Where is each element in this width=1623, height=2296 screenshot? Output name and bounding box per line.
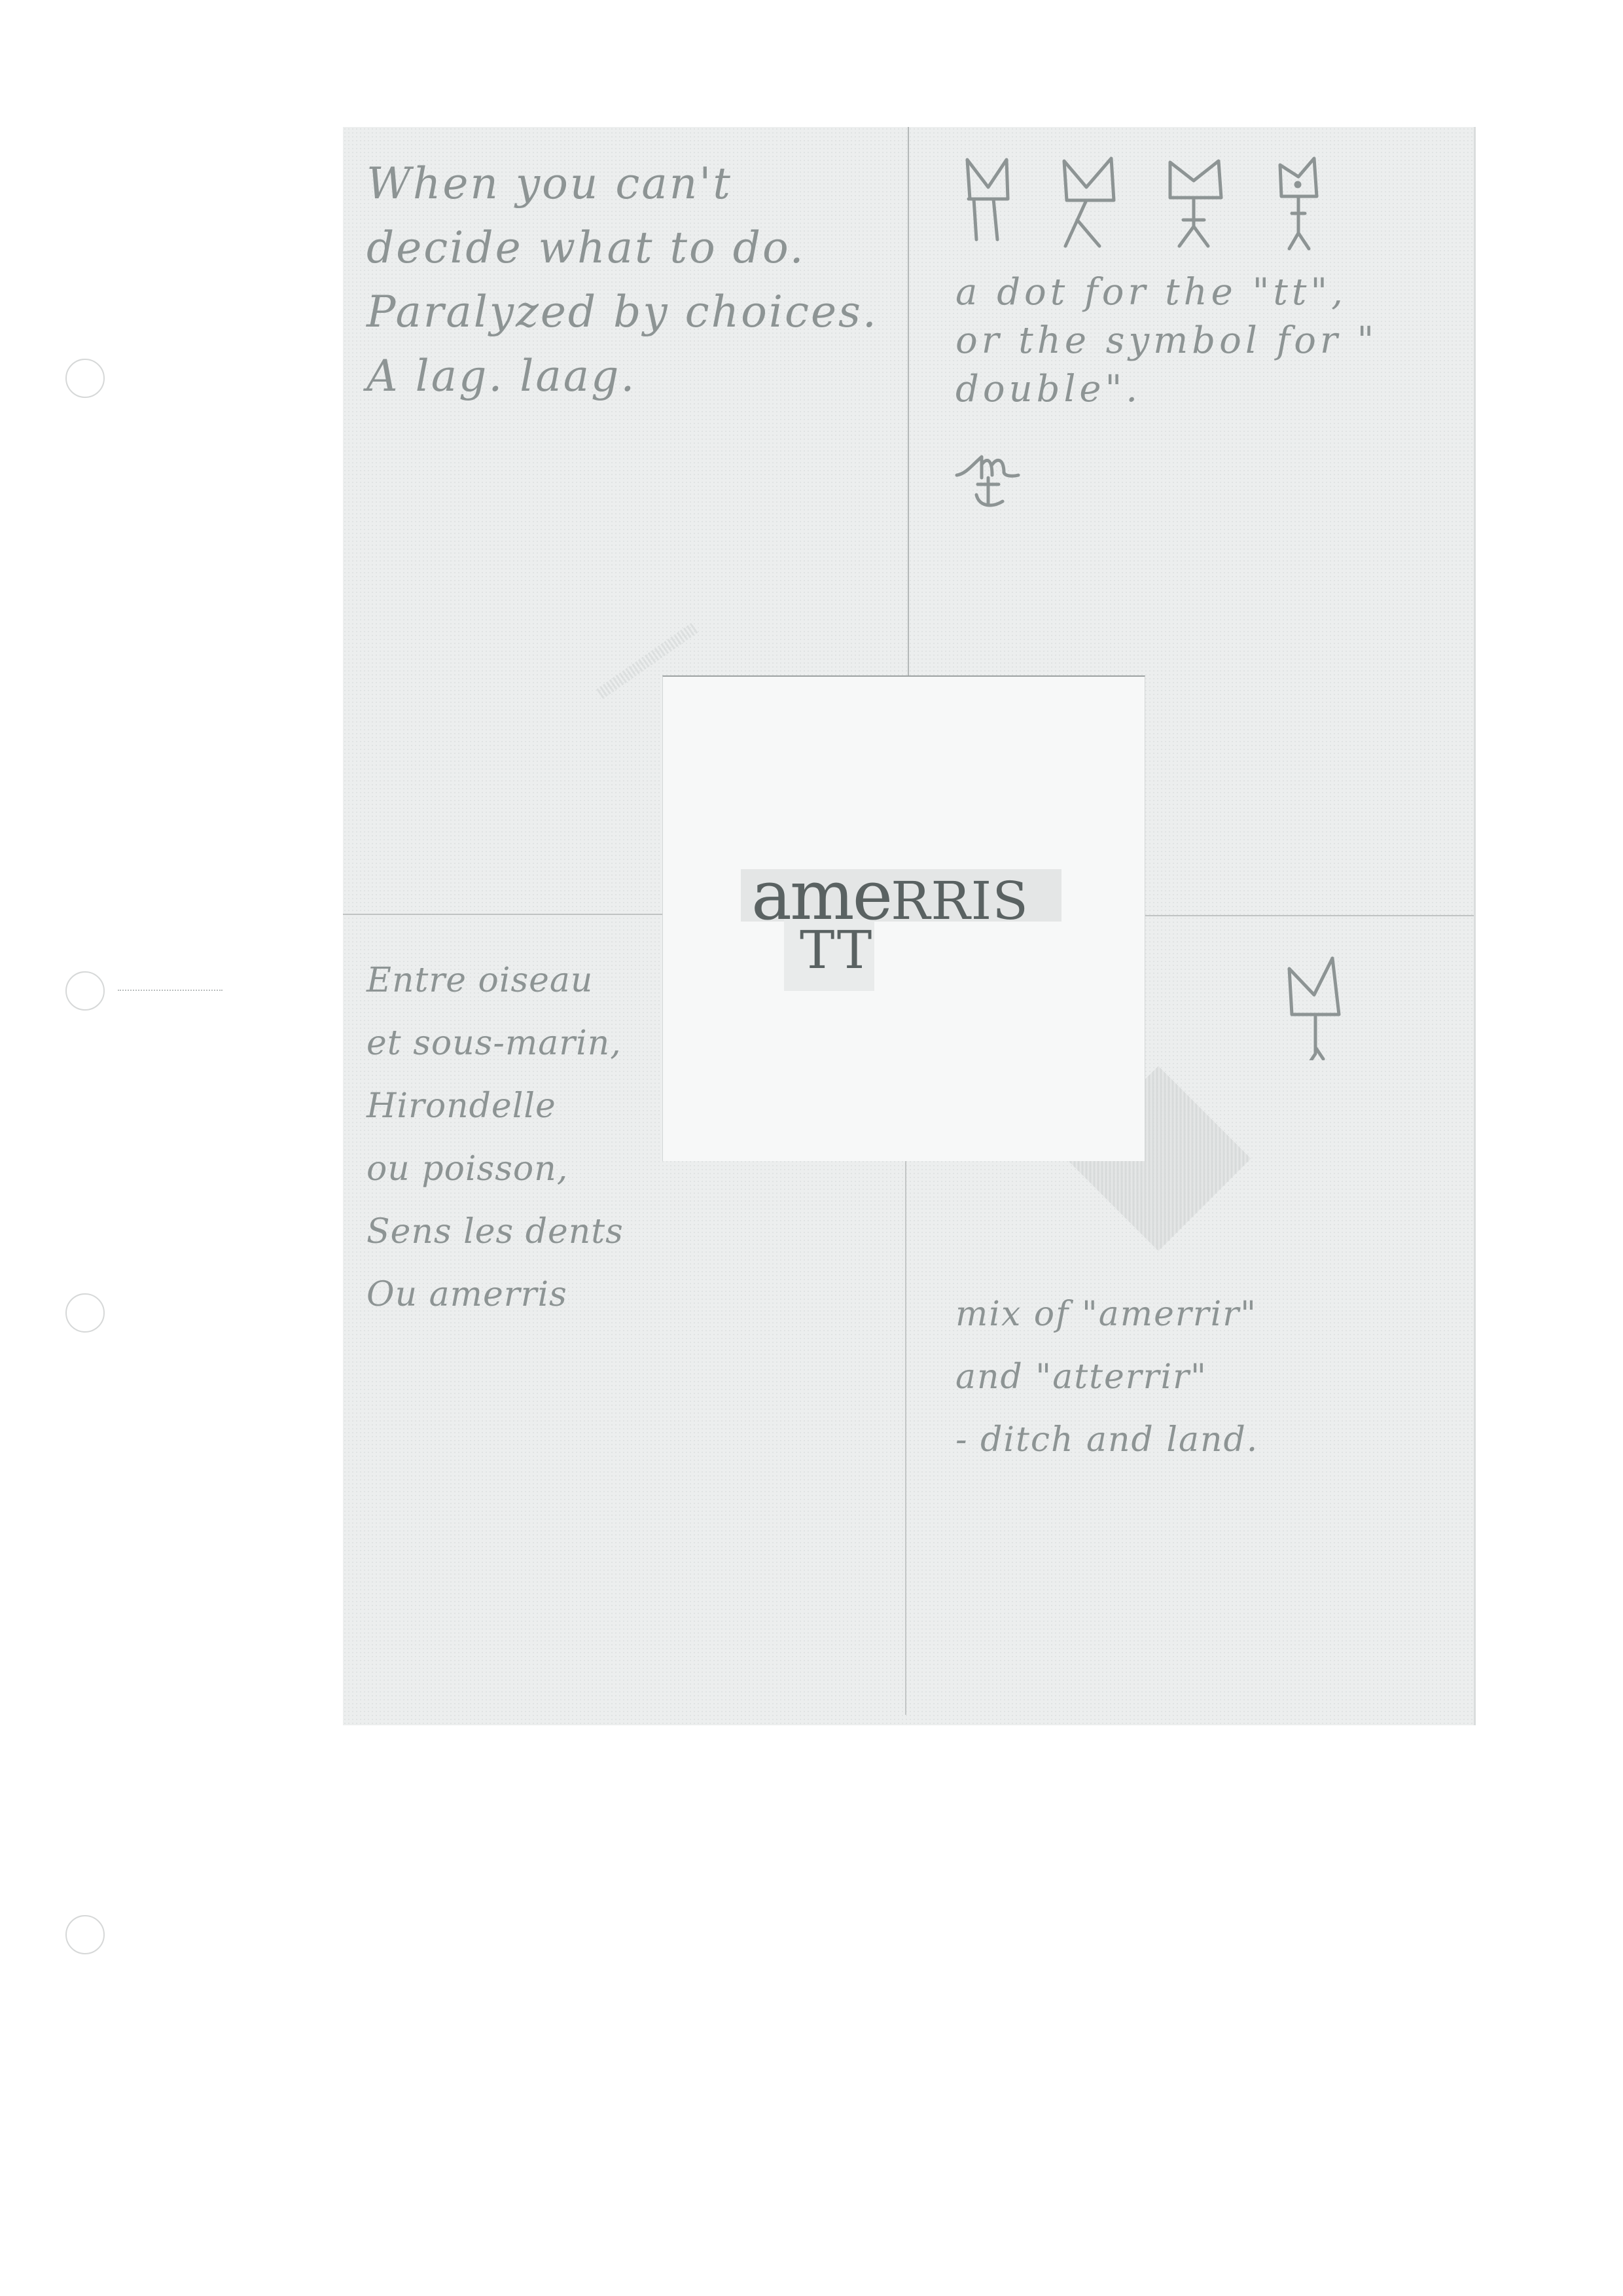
quadrant-divider [908,127,909,677]
note-line: et sous-marin, [366,1012,624,1075]
wordmark: ameRRIS [751,861,1029,929]
note-line: Ou amerris [366,1263,624,1326]
m-over-t-monogram-icon [953,452,1025,517]
note-line: Entre oiseau [366,949,624,1012]
note-line: When you can't [366,152,878,216]
quadrant-divider [343,914,664,915]
note-line: decide what to do. [366,216,878,280]
note-line: Paralyzed by choices. [366,280,878,344]
note-line: mix of "amerrir" [955,1283,1258,1346]
note-line: ou poisson, [366,1138,624,1200]
m-lambda-glyph-icon [1060,154,1119,253]
binder-hole [65,971,105,1011]
overlay-tt: TT [800,924,873,977]
m-stick-figure-glyph-icon [1165,154,1224,253]
stray-pencil-mark [118,990,223,994]
note-top-left: When you can'tdecide what to do.Paralyze… [366,152,878,408]
note-line: Hirondelle [366,1075,624,1138]
note-line: - ditch and land. [955,1408,1258,1471]
note-line: a dot for the "tt", [955,268,1378,317]
binder-hole [65,359,105,398]
note-line: double". [955,365,1378,414]
m-stick-figure-glyph-icon [1283,949,1342,1060]
note-bottom-left: Entre oiseauet sous-marin,Hirondelleou p… [366,949,624,1326]
m-dotted-stick-figure-glyph-icon [1276,154,1322,253]
binder-hole [65,1915,105,1954]
quadrant-divider [905,1158,906,1715]
note-line: Sens les dents [366,1200,624,1263]
wordmark-uppercase: RRIS [891,870,1029,931]
binder-hole [65,1293,105,1333]
quadrant-divider [1143,915,1474,916]
note-line: or the symbol for " [955,317,1378,365]
note-line: A lag. laag. [366,344,878,408]
note-top-right: a dot for the "tt",or the symbol for "do… [955,268,1378,414]
note-line: and "atterrir" [955,1346,1258,1408]
note-bottom-right: mix of "amerrir"and "atterrir"- ditch an… [955,1283,1258,1471]
m-double-t-glyph-icon [962,154,1014,253]
